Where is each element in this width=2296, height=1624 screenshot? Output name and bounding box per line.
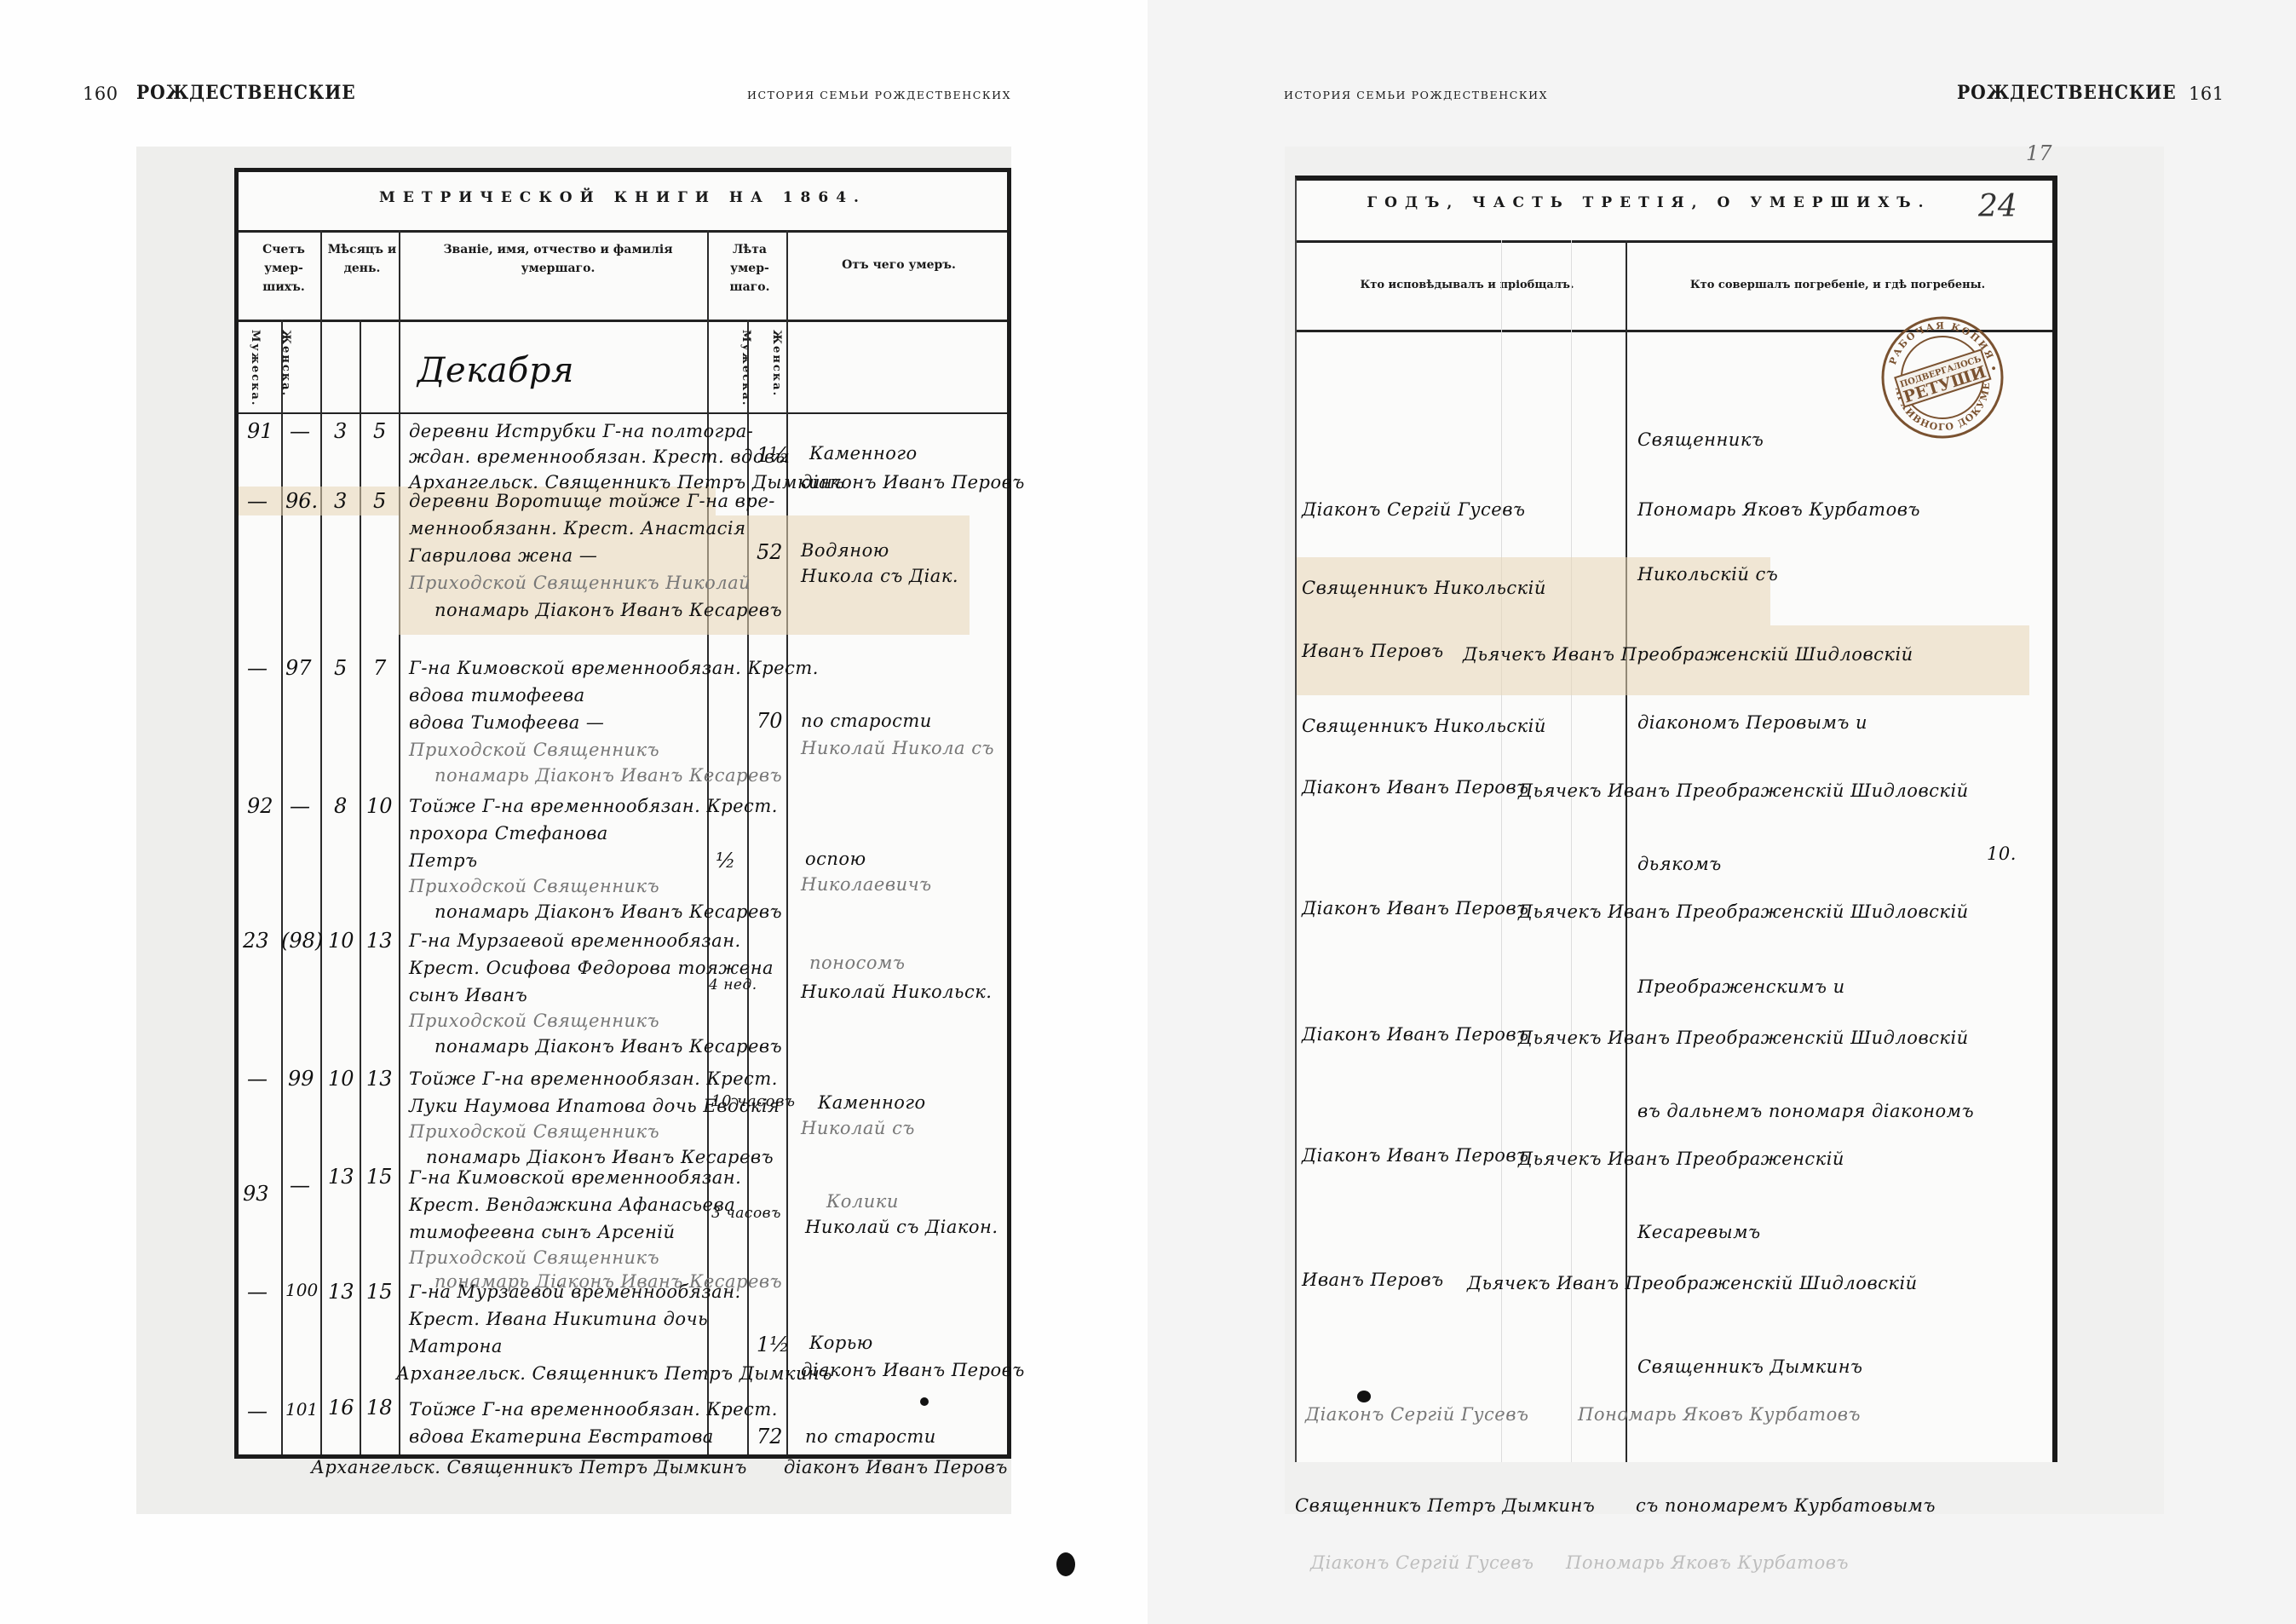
column-header-age: Лѣта умер-шаго. <box>711 240 788 297</box>
cell-male: — <box>247 1280 268 1304</box>
cell-name-line: Тойже Г-на временнообязан. Крест. <box>409 1068 778 1089</box>
column-header-cause: Отъ чего умеръ. <box>792 256 1005 274</box>
running-head-right: ИСТОРИЯ СЕМЬИ РОЖДЕСТВЕНСКИХ <box>1284 89 1548 101</box>
cell-cause: дiаконъ Иванъ Перовъ <box>801 472 1025 492</box>
cell-age: 3 часовъ <box>711 1205 781 1222</box>
cell-name-line: Петръ <box>409 850 478 871</box>
cell-male: — <box>247 656 268 680</box>
burial-cell: Дьячекъ Иванъ Преображенскій Шидловскій <box>1518 1028 1969 1048</box>
cell-name-line: Матрона <box>409 1336 503 1356</box>
cell-name-line: деревни Иструбки Г-на полтогра- <box>409 421 753 441</box>
cell-female: — <box>290 419 310 443</box>
cell-month: 3 <box>334 489 347 513</box>
cell-month: 5 <box>334 656 347 680</box>
archival-stamp: РАБОЧАЯ КОПИЯ • АРХИВНОГО ДОКУМЕНТА ПОДВ… <box>1879 314 2006 441</box>
chapter-title-right: РОЖДЕСТВЕНСКИЕ <box>1957 82 2177 104</box>
cell-name-line: Г-на Мурзаевой временнообязан. <box>409 1281 741 1302</box>
cell-cause: Николай съ Діакон. <box>805 1217 998 1237</box>
cell-female: 99 <box>288 1067 314 1091</box>
cell-cause: Николаевичъ <box>801 874 932 895</box>
burial-cell: Преображенскимъ и <box>1637 976 1845 997</box>
ink-blot <box>1357 1391 1371 1402</box>
cell-cause: Николай Никола съ <box>801 738 994 758</box>
rule <box>239 230 1007 233</box>
page-number-right: 161 <box>2189 84 2224 104</box>
burial-cell: Дьячекъ Иванъ Преображенскій Шидловскій <box>1518 901 1969 922</box>
cell-day: 13 <box>366 929 393 953</box>
cell-female: (98) <box>281 929 323 953</box>
cell-age: 72 <box>757 1425 783 1448</box>
cell-age: 52 <box>757 540 783 564</box>
cell-age: ½ <box>716 849 735 872</box>
overflow-line: Архангельск. Священникъ Петръ Дымкинъ <box>311 1457 747 1477</box>
cell-cause: Никола съ Діак. <box>801 566 958 586</box>
cell-cause: Каменного <box>809 443 918 464</box>
burial-cell: діакономъ Перовымъ и <box>1637 712 1867 733</box>
printed-title: ГОДЪ, ЧАСТЬ ТРЕТІЯ, О УМЕРШИХЪ. <box>1246 194 2052 211</box>
cell-name-line: тимофеевна сынъ Арсеній <box>409 1222 676 1242</box>
cell-female: — <box>290 1173 310 1197</box>
cell-day: 7 <box>373 656 386 680</box>
cell-day: 5 <box>373 489 386 513</box>
cell-name-line: вдова Тимофеева — <box>409 712 604 733</box>
burial-cell: Священникъ <box>1637 429 1764 450</box>
cell-name-line: понамарь Діаконъ Иванъ Кесаревъ <box>434 901 782 922</box>
cell-female: 97 <box>285 656 312 680</box>
burial-cell: Священникъ Дымкинъ <box>1637 1356 1863 1377</box>
cell-month: 3 <box>334 419 347 443</box>
burial-cell: съ пономаремъ Курбатовымъ <box>1636 1495 1936 1516</box>
cell-name-line: прохора Стефанова <box>409 823 608 844</box>
cell-name-line: Приходской Священникъ Николай <box>409 573 751 593</box>
confessor-cell: Иванъ Перовъ <box>1302 641 1444 661</box>
cell-cause: по старости <box>801 711 932 731</box>
cell-male: — <box>247 1399 268 1423</box>
rule <box>239 412 1007 414</box>
chapter-title-left: РОЖДЕСТВЕНСКИЕ <box>136 82 356 104</box>
cell-name-line: Крест. Осифова Федорова тояжена <box>409 958 774 978</box>
cell-name-line: Приходской Священникъ <box>409 876 659 896</box>
cell-cause: Колики <box>826 1191 899 1212</box>
burial-cell: Никольскій съ <box>1637 564 1778 585</box>
confessor-cell: Иванъ Перовъ <box>1302 1270 1444 1290</box>
corner-sheet-mark: 17 <box>2026 141 2052 165</box>
burial-cell: въ дальнемъ пономаря діакономъ <box>1637 1101 1974 1121</box>
cell-female: 96. <box>285 489 318 513</box>
cell-name-line: понамарь Діаконъ Иванъ Кесаревъ <box>426 1147 774 1167</box>
burial-cell: дьякомъ <box>1637 854 1722 874</box>
cell-cause: Николай съ <box>801 1118 915 1138</box>
burial-cell: Дьячекъ Иванъ Преображенскій Шидловскій <box>1518 780 1969 801</box>
cell-month: 10 <box>328 929 354 953</box>
ghost-text: Діаконъ Сергій Гусевъ <box>1310 1552 1534 1573</box>
burial-cell: Кесаревымъ <box>1637 1222 1761 1242</box>
confessor-cell: Діаконъ Сергій Гусевъ <box>1302 499 1525 520</box>
column-header-count: Счетъ умер-шихъ. <box>245 240 322 297</box>
column-header-burial: Кто совершалъ погребеніе, и гдѣ погребен… <box>1637 276 2038 295</box>
subheader-male: Мужеска. <box>249 330 262 406</box>
cell-name-line: Крест. Ивана Никитина дочь <box>409 1309 708 1329</box>
cell-age: 1½ <box>757 443 790 467</box>
metric-book-sheet: МЕТРИЧЕСКОЙ КНИГИ НА 1864. Счетъ умер-ши… <box>234 168 1011 1459</box>
cell-name-line: Архангельск. Священникъ Петръ Дымкинъ <box>409 472 845 492</box>
cell-cause: Водяною <box>801 540 889 561</box>
burial-cell: Дьячекъ Иванъ Преображенскій <box>1518 1149 1844 1169</box>
cell-name-line: Архангельск. Священникъ Петръ Дымкинъ <box>396 1363 832 1384</box>
column-rule <box>320 230 322 1454</box>
confessor-cell: Діаконъ Иванъ Перовъ <box>1302 1024 1529 1045</box>
cell-cause: дiаконъ Иванъ Перовъ <box>801 1360 1025 1380</box>
confessor-cell: Діаконъ Сергій Гусевъ <box>1305 1404 1528 1425</box>
cell-name-line: Приходской Священникъ <box>409 1247 659 1268</box>
cell-male: — <box>247 489 268 513</box>
page-number-left: 160 <box>83 84 118 104</box>
confessor-cell: Діаконъ Иванъ Перовъ <box>1302 898 1529 919</box>
ink-blot <box>920 1397 929 1406</box>
cell-name-line: ждан. временнообязан. Крест. вдовы <box>409 446 790 467</box>
confessor-cell: Священникъ Никольскій <box>1302 578 1546 598</box>
ghost-text: Пономарь Яковъ Курбатовъ <box>1566 1552 1849 1573</box>
cell-name-line: Гаврилова жена — <box>409 545 597 566</box>
cell-name-line: понамарь Діаконъ Иванъ Кесаревъ <box>434 600 782 620</box>
cell-month: 8 <box>334 794 347 818</box>
ink-blot <box>1056 1552 1075 1576</box>
cell-name-line: вдова тимофеева <box>409 685 585 705</box>
sheet-number: 24 <box>1978 189 2017 224</box>
cell-cause: оспою <box>805 849 866 869</box>
printed-title: МЕТРИЧЕСКОЙ КНИГИ НА 1864. <box>239 189 1007 206</box>
cell-male: 92 <box>247 794 273 818</box>
cell-age: 4 нед. <box>709 976 757 993</box>
cell-cause: Николай Никольск. <box>801 982 992 1002</box>
archival-photo-right: 17 ГОДЪ, ЧАСТЬ ТРЕТІЯ, О УМЕРШИХЪ. 24 Кт… <box>1285 147 2164 1514</box>
running-head-left: ИСТОРИЯ СЕМЬИ РОЖДЕСТВЕНСКИХ <box>747 89 1011 101</box>
cell-female: 100 <box>285 1280 318 1300</box>
cell-age: 10 часовъ <box>711 1092 795 1110</box>
cell-cause: Каменного <box>818 1092 926 1113</box>
cell-name-line: понамарь Діаконъ Иванъ Кесаревъ <box>434 765 782 786</box>
confessor-cell: Діаконъ Иванъ Перовъ <box>1302 1145 1529 1166</box>
cell-name-line: Крест. Вендажкина Афанасьева <box>409 1195 735 1215</box>
cell-age: 70 <box>757 709 783 733</box>
cell-female: — <box>290 794 310 818</box>
left-page: 160 РОЖДЕСТВЕНСКИЕ ИСТОРИЯ СЕМЬИ РОЖДЕСТ… <box>0 0 1148 1624</box>
burial-cell: Пономарь Яковъ Курбатовъ <box>1578 1404 1861 1425</box>
column-rule <box>399 230 400 1454</box>
confessor-cell: Діаконъ Иванъ Перовъ <box>1302 777 1529 798</box>
margin-number: 10. <box>1987 844 2017 864</box>
column-header-name: Званіе, имя, отчество и фамилія умершаго… <box>417 240 699 278</box>
cell-name-line: сынъ Иванъ <box>409 985 527 1005</box>
cell-name-line: Приходской Священникъ <box>409 1121 659 1142</box>
cell-name-line: понамарь Діаконъ Иванъ Кесаревъ <box>434 1036 782 1057</box>
right-page: ИСТОРИЯ СЕМЬИ РОЖДЕСТВЕНСКИХ РОЖДЕСТВЕНС… <box>1148 0 2296 1624</box>
cell-name-line: Тойже Г-на временнообязан. Крест. <box>409 1399 778 1420</box>
cell-name-line: Приходской Священникъ <box>409 1011 659 1031</box>
cell-name-line: Тойже Г-на временнообязан. Крест. <box>409 796 778 816</box>
archival-photo-left: МЕТРИЧЕСКОЙ КНИГИ НА 1864. Счетъ умер-ши… <box>136 147 1011 1514</box>
cell-name-line: меннообязанн. Крест. Анастасія <box>409 518 745 538</box>
overflow-line: дiаконъ Иванъ Перовъ <box>784 1457 1008 1477</box>
cell-male: 93 <box>243 1182 269 1206</box>
cell-cause: поносомъ <box>809 953 905 973</box>
column-header-month-day: Мѣсяцъ и день. <box>324 240 400 278</box>
rule <box>1297 240 2052 243</box>
column-header-confessor: Кто исповѣдывалъ и пріобщалъ. <box>1305 276 1629 295</box>
cell-age: 1½ <box>757 1333 790 1356</box>
cell-name-line: Г-на Кимовской временнообязан. Крест. <box>409 658 819 678</box>
subheader-age-female: Женска. <box>770 330 783 397</box>
cell-month: 10 <box>328 1067 354 1091</box>
cell-cause: Корью <box>809 1333 873 1353</box>
cell-name-line: вдова Екатерина Евстратова <box>409 1426 714 1447</box>
cell-name-line: Г-на Мурзаевой временнообязан. <box>409 930 741 951</box>
cell-day: 13 <box>366 1067 393 1091</box>
confessor-cell: Священникъ Петръ Дымкинъ <box>1295 1495 1595 1516</box>
cell-male: 23 <box>243 929 269 953</box>
burial-cell: Пономарь Яковъ Курбатовъ <box>1637 499 1920 520</box>
burial-cell: Дьячекъ Иванъ Преображенскій Шидловскій <box>1467 1273 1918 1293</box>
cell-day: 15 <box>366 1165 393 1189</box>
cell-name-line: Приходской Священникъ <box>409 740 659 760</box>
cell-day: 18 <box>366 1396 393 1420</box>
subheader-age-male: Мужеска. <box>739 330 752 406</box>
cell-month: 13 <box>328 1280 354 1304</box>
cell-name-line: деревни Воротище тойже Г-на вре- <box>409 491 775 511</box>
cell-cause: по старости <box>805 1426 936 1447</box>
cell-day: 15 <box>366 1280 393 1304</box>
cell-month: 13 <box>328 1165 354 1189</box>
column-rule <box>786 230 788 1454</box>
rule <box>239 320 1007 322</box>
cell-day: 5 <box>373 419 386 443</box>
cell-day: 10 <box>366 794 393 818</box>
cell-month: 16 <box>328 1396 354 1420</box>
cell-name-line: Г-на Кимовской временнообязан. <box>409 1167 741 1188</box>
cell-male: — <box>247 1067 268 1091</box>
confessor-cell: Священникъ Никольскій <box>1302 716 1546 736</box>
burial-cell: Дьячекъ Иванъ Преображенскій Шидловскій <box>1463 644 1913 665</box>
month-heading: Декабря <box>417 351 574 390</box>
cell-female: 101 <box>285 1399 318 1420</box>
cell-male: 91 <box>247 419 273 443</box>
